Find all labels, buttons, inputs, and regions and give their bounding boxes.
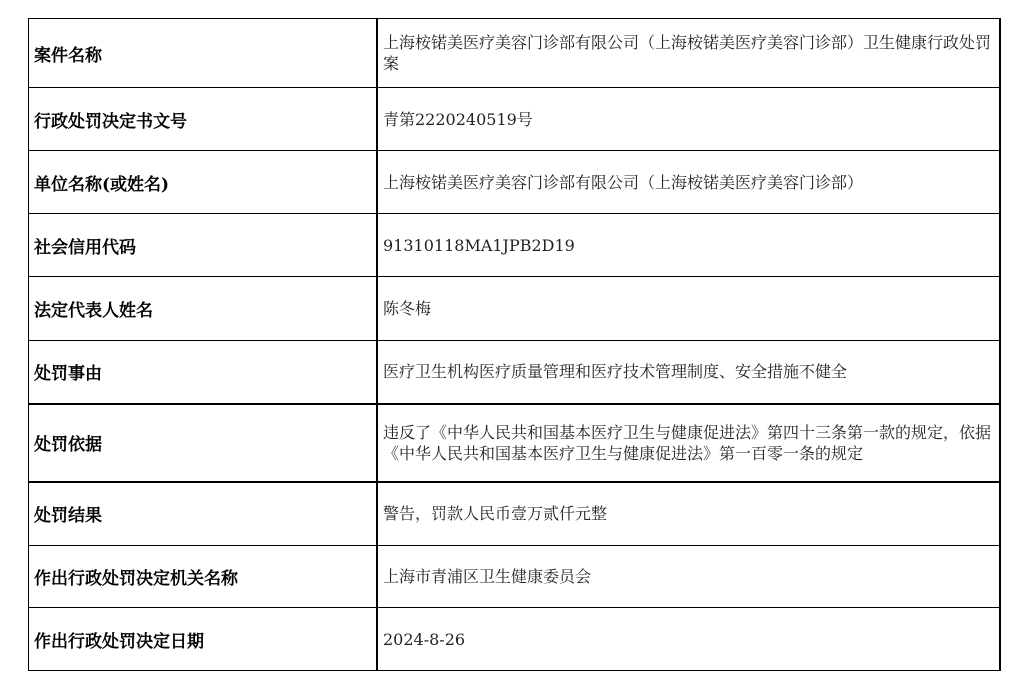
row-value: 91310118MA1JPB2D19 — [377, 214, 1000, 277]
table-row-case-name: 案件名称 上海桉锘美医疗美容门诊部有限公司（上海桉锘美医疗美容门诊部）卫生健康行… — [29, 19, 1001, 88]
table-row-decision-number: 行政处罚决定书文号 青第2220240519号 — [29, 88, 1001, 151]
table-row-penalty-basis: 处罚依据 违反了《中华人民共和国基本医疗卫生与健康促进法》第四十三条第一款的规定… — [29, 404, 1001, 482]
table-row-penalty-result: 处罚结果 警告，罚款人民币壹万贰仟元整 — [29, 482, 1001, 546]
table-row-entity-name: 单位名称(或姓名) 上海桉锘美医疗美容门诊部有限公司（上海桉锘美医疗美容门诊部） — [29, 151, 1001, 214]
row-label: 作出行政处罚决定机关名称 — [29, 546, 378, 608]
table-row-authority-name: 作出行政处罚决定机关名称 上海市青浦区卫生健康委员会 — [29, 546, 1001, 608]
penalty-info-table: 案件名称 上海桉锘美医疗美容门诊部有限公司（上海桉锘美医疗美容门诊部）卫生健康行… — [28, 18, 1001, 671]
row-label: 案件名称 — [29, 19, 378, 88]
row-label: 社会信用代码 — [29, 214, 378, 277]
table-row-credit-code: 社会信用代码 91310118MA1JPB2D19 — [29, 214, 1001, 277]
row-value: 医疗卫生机构医疗质量管理和医疗技术管理制度、安全措施不健全 — [377, 341, 1000, 404]
row-value: 警告，罚款人民币壹万贰仟元整 — [377, 482, 1000, 546]
row-label: 单位名称(或姓名) — [29, 151, 378, 214]
table-row-legal-representative: 法定代表人姓名 陈冬梅 — [29, 277, 1001, 341]
row-value: 违反了《中华人民共和国基本医疗卫生与健康促进法》第四十三条第一款的规定，依据《中… — [377, 404, 1000, 482]
row-label: 行政处罚决定书文号 — [29, 88, 378, 151]
row-value: 2024-8-26 — [377, 608, 1000, 671]
row-value: 上海市青浦区卫生健康委员会 — [377, 546, 1000, 608]
row-label: 处罚依据 — [29, 404, 378, 482]
table-row-penalty-reason: 处罚事由 医疗卫生机构医疗质量管理和医疗技术管理制度、安全措施不健全 — [29, 341, 1001, 404]
row-value: 上海桉锘美医疗美容门诊部有限公司（上海桉锘美医疗美容门诊部） — [377, 151, 1000, 214]
row-label: 法定代表人姓名 — [29, 277, 378, 341]
row-label: 作出行政处罚决定日期 — [29, 608, 378, 671]
row-value: 青第2220240519号 — [377, 88, 1000, 151]
row-value: 陈冬梅 — [377, 277, 1000, 341]
table-row-decision-date: 作出行政处罚决定日期 2024-8-26 — [29, 608, 1001, 671]
row-value: 上海桉锘美医疗美容门诊部有限公司（上海桉锘美医疗美容门诊部）卫生健康行政处罚案 — [377, 19, 1000, 88]
row-label: 处罚结果 — [29, 482, 378, 546]
row-label: 处罚事由 — [29, 341, 378, 404]
